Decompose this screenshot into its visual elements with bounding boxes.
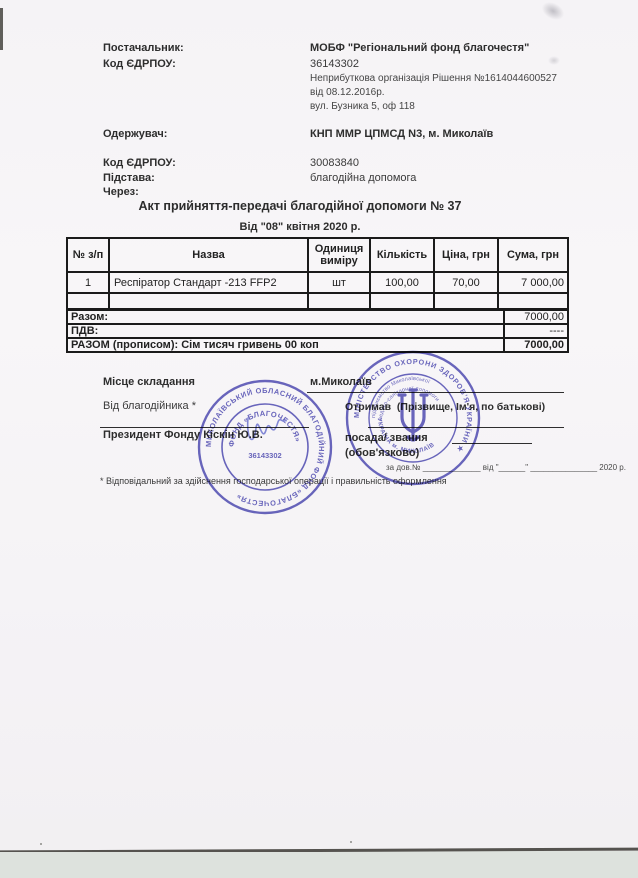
cell-empty bbox=[109, 293, 308, 309]
table-row: 1 Респіратор Стандарт -213 FFP2 шт 100,0… bbox=[67, 272, 568, 293]
scan-smudge bbox=[548, 56, 560, 65]
totals-label: Разом: bbox=[67, 310, 504, 324]
items-header-row: № з/п Назва Одиниця виміру Кількість Цін… bbox=[67, 238, 568, 272]
receiver-edrpou-value: 30083840 bbox=[310, 157, 359, 170]
scan-speck bbox=[40, 843, 42, 845]
col-header-sum: Сума, грн bbox=[498, 238, 568, 272]
supplier-edrpou-value: 36143302 bbox=[310, 58, 359, 71]
via-label: Через: bbox=[103, 186, 139, 199]
col-header-number: № з/п bbox=[67, 238, 109, 272]
supplier-note-1: Неприбуткова організація Рішення №161404… bbox=[310, 72, 557, 85]
totals-value: ---- bbox=[504, 324, 568, 338]
cell-qty: 100,00 bbox=[370, 272, 434, 293]
col-header-qty: Кількість bbox=[370, 238, 434, 272]
svg-text:УКРАЇНА м. МИКОЛАЇВ: УКРАЇНА м. МИКОЛАЇВ bbox=[376, 418, 436, 455]
basis-label: Підстава: bbox=[103, 172, 155, 185]
totals-row-propysom: РАЗОМ (прописом): Сім тисяч гривень 00 к… bbox=[67, 338, 568, 352]
stamp-inner-arc-text: ФОНД «БЛАГОЧЕСТЯ» bbox=[227, 409, 303, 447]
scanner-background bbox=[0, 852, 638, 878]
receiver-edrpou-label: Код ЄДРПОУ: bbox=[103, 157, 176, 170]
receiver-name: КНП ММР ЦПМСД N3, м. Миколаїв bbox=[310, 128, 493, 141]
cell-empty bbox=[434, 293, 498, 309]
scanned-document-page: Постачальник: МОБФ "Регіональний фонд бл… bbox=[0, 0, 638, 851]
stamp-edrpou-text: 36143302 bbox=[248, 451, 281, 460]
totals-row-razom: Разом: 7000,00 bbox=[67, 310, 568, 324]
cell-empty bbox=[370, 293, 434, 309]
svg-text:ФОНД «БЛАГОЧЕСТЯ»: ФОНД «БЛАГОЧЕСТЯ» bbox=[227, 409, 303, 447]
cell-empty bbox=[498, 293, 568, 309]
col-header-name: Назва bbox=[109, 238, 308, 272]
items-table: № з/п Назва Одиниця виміру Кількість Цін… bbox=[66, 237, 569, 310]
cell-number: 1 bbox=[67, 272, 109, 293]
supplier-name: МОБФ "Регіональний фонд благочестя" bbox=[310, 42, 529, 55]
cell-empty bbox=[67, 293, 109, 309]
basis-value: благодійна допомога bbox=[310, 172, 416, 185]
supplier-note-3: вул. Бузника 5, оф 118 bbox=[310, 100, 415, 113]
from-donor-label: Від благодійника * bbox=[103, 400, 196, 413]
totals-value: 7000,00 bbox=[504, 310, 568, 324]
cell-unit: шт bbox=[308, 272, 370, 293]
supplier-note-2: від 08.12.2016р. bbox=[310, 86, 385, 99]
cell-empty bbox=[308, 293, 370, 309]
scan-smudge bbox=[539, 0, 568, 24]
cell-name: Респіратор Стандарт -213 FFP2 bbox=[109, 272, 308, 293]
scan-edge-artifact bbox=[0, 8, 3, 50]
ministry-health-stamp: МІНІСТЕРСТВО ОХОРОНИ ЗДОРОВ'Я УКРАЇНИ ★ … bbox=[338, 343, 488, 493]
document-title: Акт прийняття-передачі благодійної допом… bbox=[30, 200, 570, 213]
supplier-edrpou-label: Код ЄДРПОУ: bbox=[103, 58, 176, 71]
col-header-price: Ціна, грн bbox=[434, 238, 498, 272]
stamp-bottom-arc-text: УКРАЇНА м. МИКОЛАЇВ bbox=[376, 418, 436, 455]
table-row-empty bbox=[67, 293, 568, 309]
totals-row-pdv: ПДВ: ---- bbox=[67, 324, 568, 338]
scan-speck bbox=[350, 841, 352, 843]
cell-price: 70,00 bbox=[434, 272, 498, 293]
document-date-line: Від "08" квітня 2020 р. bbox=[30, 221, 570, 234]
trident-emblem-icon bbox=[399, 390, 427, 440]
cell-sum: 7 000,00 bbox=[498, 272, 568, 293]
totals-table: Разом: 7000,00 ПДВ: ---- РАЗОМ (прописом… bbox=[66, 309, 569, 353]
col-header-unit: Одиниця виміру bbox=[308, 238, 370, 272]
charity-fund-stamp: МИКОЛАЇВСЬКИЙ ОБЛАСНИЙ БЛАГОДІЙНИЙ ФОНД … bbox=[190, 372, 340, 522]
supplier-label: Постачальник: bbox=[103, 42, 184, 55]
place-label: Місце складання bbox=[103, 376, 195, 389]
receiver-label: Одержувач: bbox=[103, 128, 167, 141]
totals-label: ПДВ: bbox=[67, 324, 504, 338]
totals-value: 7000,00 bbox=[504, 338, 568, 352]
